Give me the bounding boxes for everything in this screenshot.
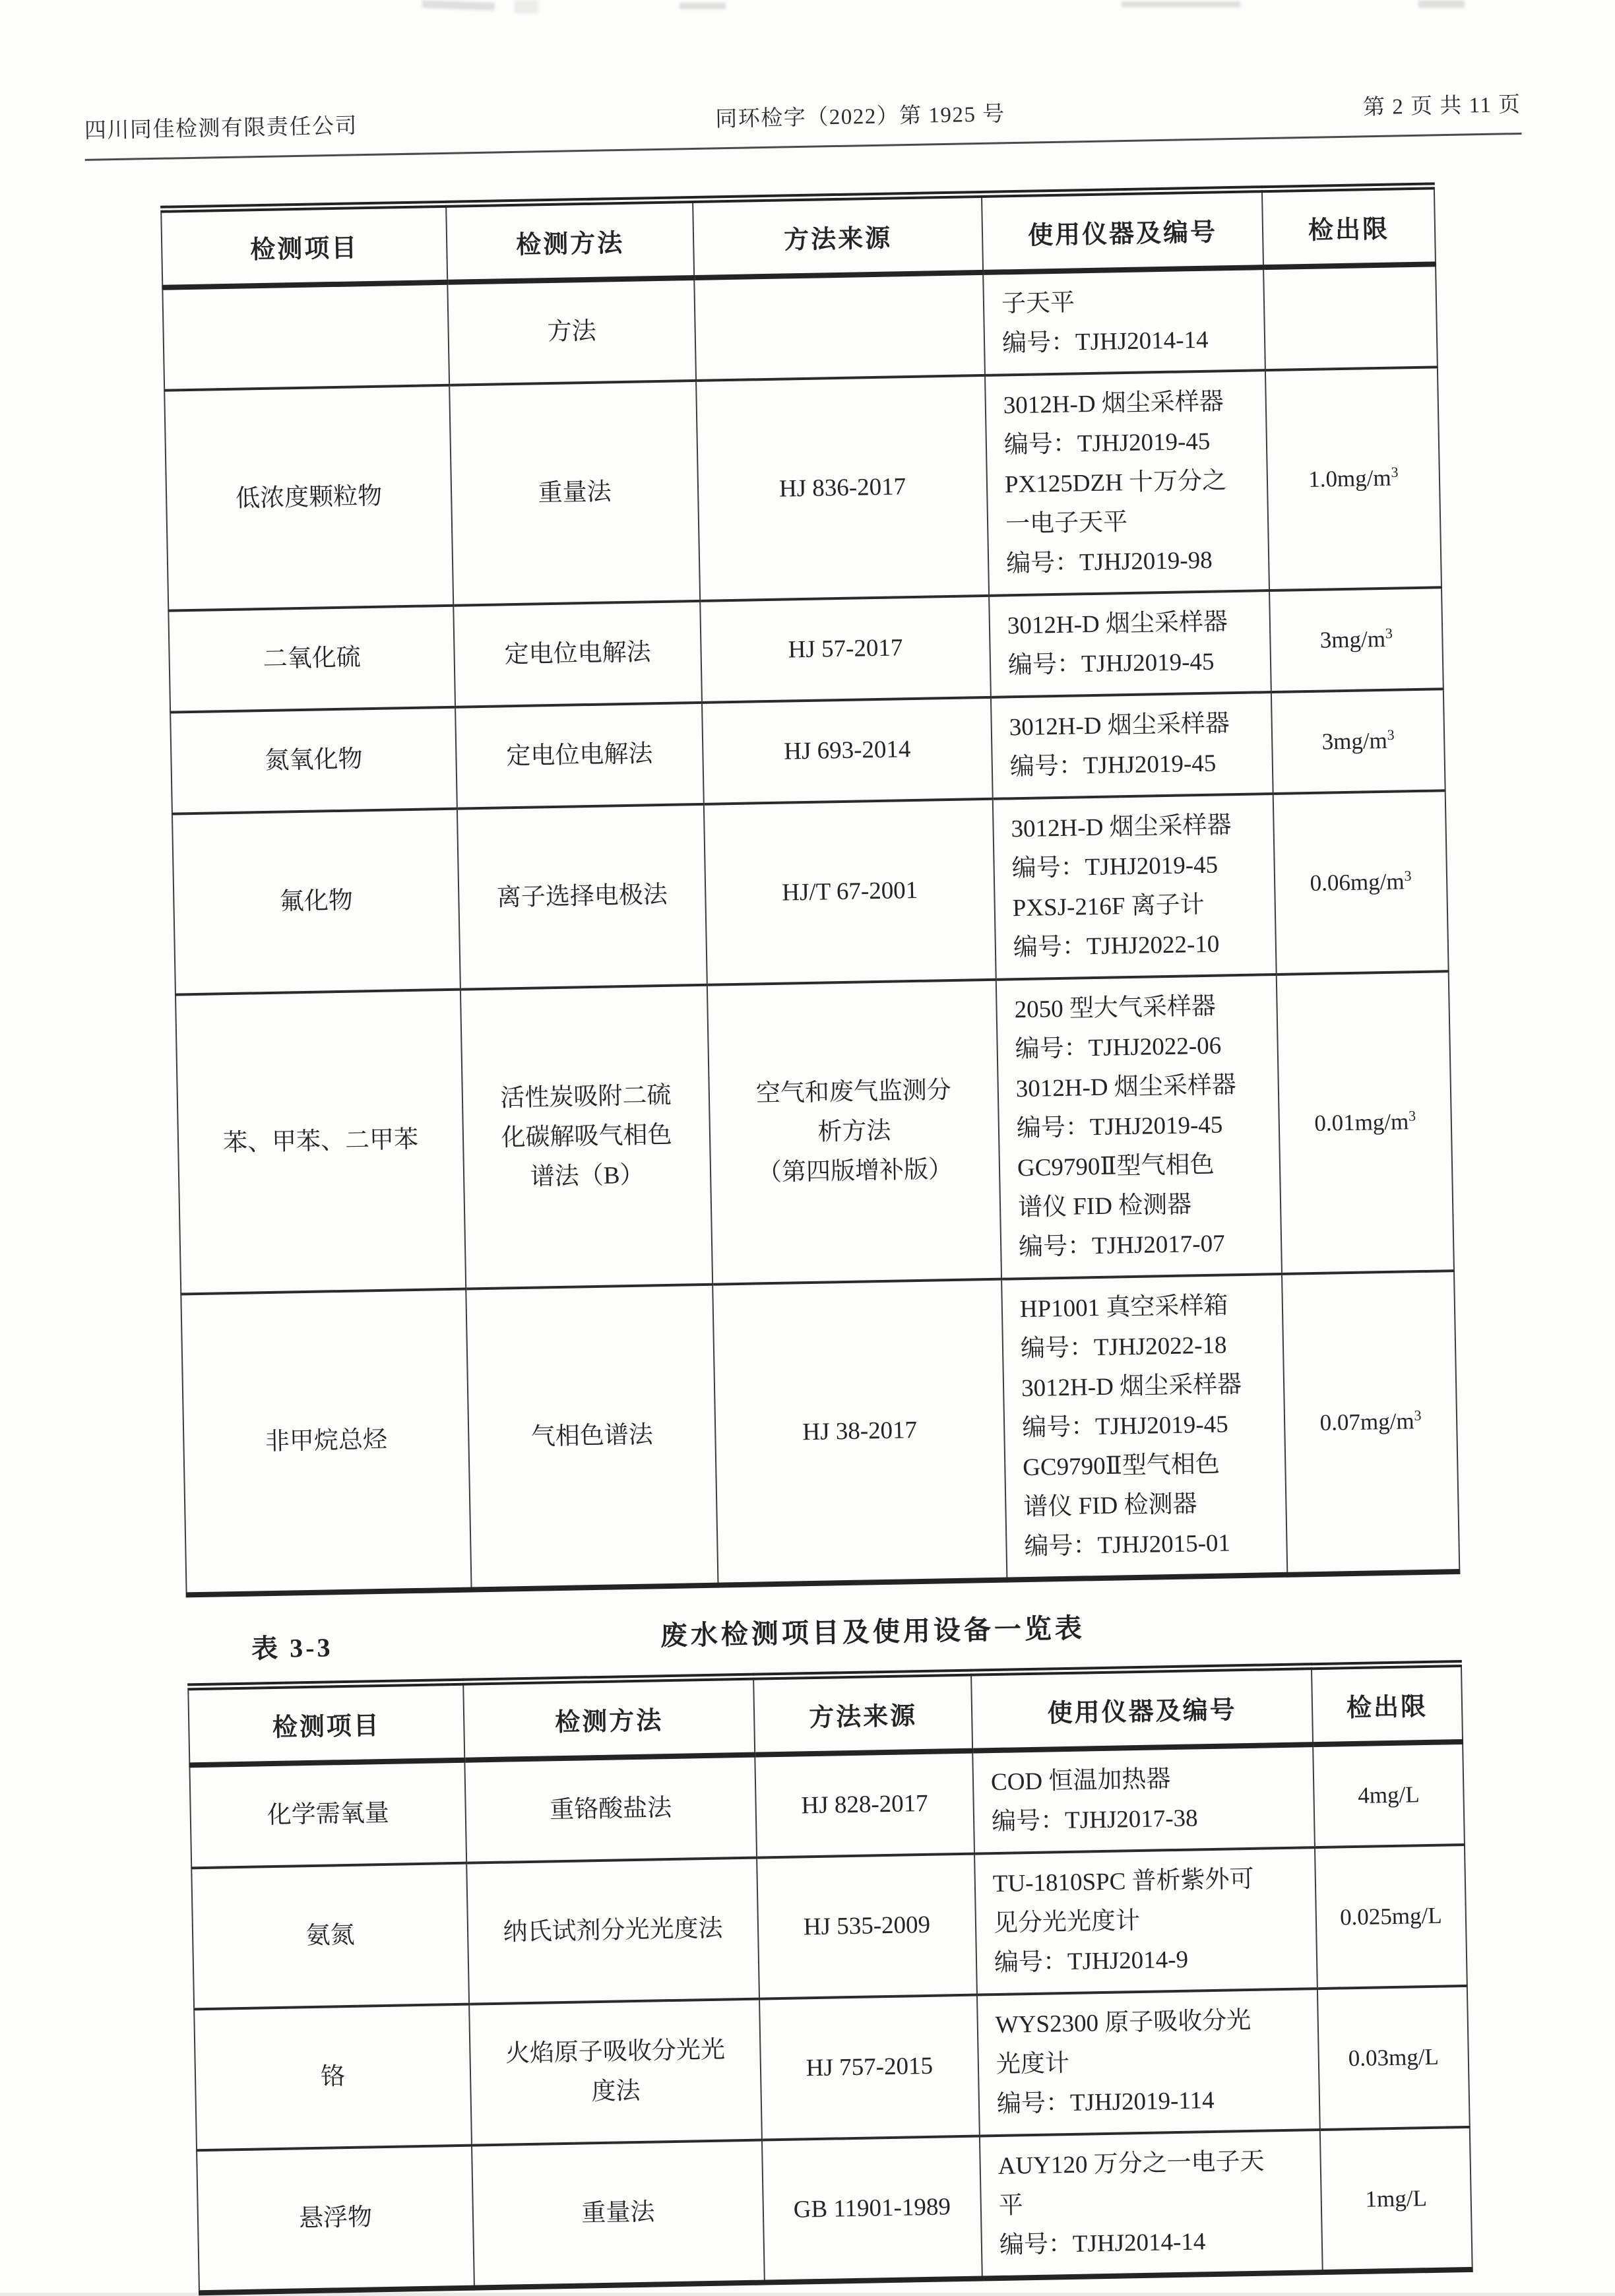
instrument-line: 一电子天平 [1005, 500, 1261, 544]
test-item-cell: 低浓度颗粒物 [164, 385, 453, 611]
method-source-cell: HJ 57-2017 [700, 596, 991, 703]
scanned-report-page: 四川同佳检测有限责任公司 同环检字（2022）第 1925 号 第 2 页 共 … [0, 0, 1615, 2296]
test-method-line: 活性炭吸附二硫 [468, 1075, 703, 1120]
test-method-cell: 活性炭吸附二硫化碳解吸气相色谱法（B） [460, 985, 712, 1289]
col-header-test-method: 检测方法 [463, 1676, 755, 1760]
method-source-cell: HJ 828-2017 [755, 1751, 974, 1858]
test-method-cell: 重量法 [449, 381, 700, 606]
method-source-cell: HJ 535-2009 [757, 1854, 977, 1999]
test-item-line: 化学需氧量 [196, 1793, 460, 1837]
test-item-line: 悬浮物 [203, 2196, 467, 2241]
instrument-line: 编号：TJHJ2019-98 [1006, 540, 1262, 584]
method-source-cell: HJ 693-2014 [702, 697, 993, 804]
test-item-cell: 氮氧化物 [170, 707, 457, 814]
unit-superscript: 3 [1414, 1407, 1421, 1423]
unit-superscript: 3 [1409, 1107, 1416, 1124]
unit-superscript: 3 [1391, 464, 1398, 480]
test-item-line: 氟化物 [179, 879, 453, 924]
col-header-test-method: 检测方法 [446, 199, 694, 282]
table-caption-label: 表 3-3 [251, 1626, 333, 1665]
method-source-line: HJ 836-2017 [704, 466, 982, 511]
method-source-line: HJ 57-2017 [707, 627, 984, 672]
detection-limit-cell: 3mg/m3 [1269, 587, 1443, 692]
table-row: 非甲烷总烃气相色谱法HJ 38-2017HP1001 真空采样箱编号：TJHJ2… [181, 1271, 1459, 1595]
instrument-line: WYS2300 原子吸收分光 [995, 2000, 1311, 2045]
detection-limit-cell: 0.03mg/L [1317, 1986, 1470, 2130]
instrument-cell: HP1001 真空采样箱编号：TJHJ2022-183012H-D 烟尘采样器编… [1001, 1274, 1287, 1580]
instrument-line: 编号：TJHJ2014-14 [1002, 319, 1258, 364]
method-source-line: HJ 693-2014 [709, 728, 986, 773]
test-method-cell: 重量法 [472, 2140, 765, 2288]
gas-test-items-table: 检测项目 检测方法 方法来源 使用仪器及编号 检出限 方法子天平编号：TJHJ2… [160, 182, 1460, 1597]
instrument-line: 3012H-D 烟尘采样器 [1011, 805, 1267, 849]
instrument-line: TU-1810SPC 普析紫外可 [992, 1859, 1308, 1904]
test-item-line: 二氧化硫 [175, 637, 449, 682]
test-method-line: 气相色谱法 [474, 1415, 710, 1459]
wastewater-test-items-table: 检测项目 检测方法 方法来源 使用仪器及编号 检出限 化学需氧量重铬酸盐法HJ … [187, 1660, 1473, 2295]
detection-limit-cell: 4mg/L [1313, 1742, 1465, 1847]
test-method-cell: 气相色谱法 [466, 1285, 718, 1590]
table-row: 苯、甲苯、二甲苯活性炭吸附二硫化碳解吸气相色谱法（B）空气和废气监测分析方法（第… [175, 971, 1454, 1294]
instrument-line: 编号：TJHJ2022-18 [1020, 1325, 1276, 1369]
instrument-line: 编号：TJHJ2014-9 [994, 1938, 1310, 1983]
test-item-cell: 非甲烷总烃 [181, 1289, 471, 1595]
col-header-instrument: 使用仪器及编号 [971, 1667, 1313, 1751]
instrument-line: 编号：TJHJ2019-45 [1008, 641, 1264, 686]
col-header-test-item: 检测项目 [161, 204, 447, 287]
instrument-line: GC9790Ⅱ型气相色 [1023, 1444, 1279, 1488]
page-header: 四川同佳检测有限责任公司 同环检字（2022）第 1925 号 第 2 页 共 … [84, 87, 1521, 161]
table-caption-title: 废水检测项目及使用设备一览表 [186, 1601, 1460, 1665]
col-header-method-source: 方法来源 [693, 194, 983, 278]
test-method-line: 火焰原子吸收分光光 [476, 2030, 755, 2075]
test-item-cell: 氟化物 [172, 809, 460, 995]
test-item-line: 铬 [201, 2055, 465, 2099]
method-source-line: HJ 535-2009 [764, 1905, 970, 1948]
company-name: 四川同佳检测有限责任公司 [84, 108, 358, 144]
col-header-test-item: 检测项目 [188, 1682, 464, 1765]
detection-limit-cell: 0.06mg/m3 [1273, 790, 1449, 974]
test-item-line: 低浓度颗粒物 [172, 476, 446, 521]
test-method-cell: 纳氏试剂分光光度法 [466, 1858, 759, 2004]
unit-superscript: 3 [1387, 726, 1394, 743]
instrument-cell: WYS2300 原子吸收分光光度计编号：TJHJ2019-114 [977, 1989, 1320, 2136]
method-source-cell: GB 11901-1989 [762, 2136, 982, 2283]
detection-limit-cell: 0.025mg/L [1315, 1845, 1467, 1989]
detection-limit-cell: 0.01mg/m3 [1277, 971, 1454, 1274]
method-source-cell: HJ 757-2015 [759, 1995, 980, 2140]
test-method-line: 离子选择电极法 [464, 875, 700, 919]
page-content: 四川同佳检测有限责任公司 同环检字（2022）第 1925 号 第 2 页 共 … [0, 0, 1615, 2296]
test-item-line: 氮氧化物 [177, 738, 451, 783]
table-row: 悬浮物重量法GB 11901-1989AUY120 万分之一电子天平编号：TJH… [197, 2127, 1472, 2293]
instrument-line: 编号：TJHJ2017-07 [1019, 1223, 1275, 1267]
test-method-line: 重量法 [478, 2191, 757, 2236]
page-indicator: 第 2 页 共 11 页 [1363, 87, 1521, 121]
method-source-cell: HJ/T 67-2001 [704, 799, 996, 985]
test-method-cell: 定电位电解法 [453, 601, 702, 707]
detection-limit-cell [1263, 264, 1438, 370]
test-method-cell: 火焰原子吸收分光光度法 [469, 1999, 762, 2146]
table-row: 铬火焰原子吸收分光光度法HJ 757-2015WYS2300 原子吸收分光光度计… [194, 1986, 1470, 2150]
instrument-line: 平 [998, 2181, 1314, 2226]
test-item-cell: 悬浮物 [197, 2146, 474, 2293]
instrument-line: 3012H-D 烟尘采样器 [1007, 602, 1263, 646]
detection-limit-cell: 1mg/L [1320, 2127, 1472, 2272]
method-source-line: HJ 757-2015 [766, 2046, 972, 2089]
detection-limit-cell: 0.07mg/m3 [1282, 1271, 1459, 1575]
instrument-line: 编号：TJHJ2017-38 [992, 1797, 1308, 1842]
test-method-cell: 方法 [447, 278, 696, 385]
test-method-line: 定电位电解法 [462, 734, 697, 778]
instrument-cell: 3012H-D 烟尘采样器编号：TJHJ2019-45 [991, 692, 1273, 799]
instrument-line: 谱仪 FID 检测器 [1023, 1483, 1279, 1527]
test-method-line: 谱法（B） [470, 1155, 705, 1199]
test-method-line: 方法 [454, 310, 689, 354]
method-source-line: 析方法 [715, 1110, 993, 1155]
method-source-cell: 空气和废气监测分析方法（第四版增补版） [707, 980, 1001, 1285]
instrument-cell: 3012H-D 烟尘采样器编号：TJHJ2019-45PXSJ-216F 离子计… [993, 794, 1277, 980]
test-method-line: 度法 [476, 2070, 755, 2115]
instrument-line: PX125DZH 十万分之 [1004, 461, 1260, 505]
col-header-detection-limit: 检出限 [1312, 1664, 1463, 1745]
instrument-line: 谱仪 FID 检测器 [1018, 1184, 1274, 1228]
test-item-cell [162, 282, 449, 391]
unit-superscript: 3 [1404, 868, 1411, 884]
test-item-cell: 二氧化硫 [168, 606, 455, 713]
instrument-cell: TU-1810SPC 普析紫外可见分光光度计编号：TJHJ2014-9 [974, 1847, 1317, 1994]
instrument-line: 编号：TJHJ2019-45 [1003, 421, 1259, 465]
test-method-line: 重量法 [457, 471, 693, 515]
test-item-line: 苯、甲苯、二甲苯 [184, 1120, 458, 1164]
test-item-cell: 氨氮 [191, 1863, 469, 2010]
test-method-cell: 重铬酸盐法 [464, 1755, 757, 1863]
table-row: 低浓度颗粒物重量法HJ 836-20173012H-D 烟尘采样器编号：TJHJ… [164, 367, 1441, 610]
unit-superscript: 3 [1385, 625, 1393, 641]
instrument-line: 编号：TJHJ2019-114 [996, 2079, 1312, 2124]
instrument-cell: COD 恒温加热器编号：TJHJ2017-38 [972, 1744, 1315, 1853]
col-header-method-source: 方法来源 [753, 1673, 972, 1755]
instrument-line: 3012H-D 烟尘采样器 [1015, 1065, 1271, 1109]
instrument-line: PXSJ-216F 离子计 [1012, 884, 1268, 928]
test-item-line: 非甲烷总烃 [189, 1419, 463, 1464]
col-header-detection-limit: 检出限 [1262, 186, 1436, 267]
table-caption: 表 3-3 废水检测项目及使用设备一览表 [186, 1601, 1460, 1665]
test-method-cell: 离子选择电极法 [457, 804, 707, 990]
detection-limit-cell: 1.0mg/m3 [1265, 367, 1441, 590]
instrument-line: 编号：TJHJ2022-06 [1015, 1025, 1271, 1069]
table-row: 氟化物离子选择电极法HJ/T 67-20013012H-D 烟尘采样器编号：TJ… [172, 790, 1449, 994]
instrument-line: GC9790Ⅱ型气相色 [1017, 1144, 1273, 1188]
instrument-line: 编号：TJHJ2022-10 [1013, 924, 1269, 968]
test-method-cell: 定电位电解法 [455, 703, 704, 809]
instrument-line: 3012H-D 烟尘采样器 [1009, 703, 1265, 748]
instrument-cell: 子天平编号：TJHJ2014-14 [983, 267, 1265, 375]
method-source-cell: HJ 836-2017 [696, 375, 989, 601]
test-item-cell: 苯、甲苯、二甲苯 [175, 990, 466, 1294]
instrument-line: 编号：TJHJ2019-45 [1016, 1104, 1272, 1149]
method-source-line: GB 11901-1989 [769, 2187, 975, 2231]
col-header-instrument: 使用仪器及编号 [982, 189, 1263, 272]
instrument-line: AUY120 万分之一电子天 [997, 2141, 1314, 2186]
instrument-line: 编号：TJHJ2019-45 [1022, 1404, 1278, 1448]
test-method-line: 重铬酸盐法 [471, 1787, 750, 1832]
test-method-line: 纳氏试剂分光光度法 [474, 1909, 753, 1954]
instrument-line: 编号：TJHJ2019-45 [1011, 845, 1267, 889]
method-source-line: HJ 38-2017 [721, 1409, 999, 1454]
test-method-line: 定电位电解法 [460, 632, 695, 676]
method-source-cell [694, 272, 985, 381]
test-item-cell: 化学需氧量 [189, 1760, 466, 1868]
method-source-line: HJ/T 67-2001 [711, 870, 989, 914]
instrument-line: 3012H-D 烟尘采样器 [1021, 1364, 1277, 1409]
instrument-line: 2050 型大气采样器 [1014, 986, 1270, 1030]
instrument-line: 3012H-D 烟尘采样器 [1003, 381, 1259, 426]
test-item-line [170, 335, 443, 340]
test-method-line: 化碳解吸气相色 [469, 1115, 705, 1159]
method-source-line: 空气和废气监测分 [714, 1070, 992, 1115]
instrument-line: 子天平 [1001, 280, 1257, 324]
instrument-line: 见分光光度计 [993, 1898, 1309, 1944]
instrument-cell: 3012H-D 烟尘采样器编号：TJHJ2019-45PX125DZH 十万分之… [985, 370, 1269, 596]
instrument-line: 编号：TJHJ2019-45 [1009, 743, 1265, 787]
test-item-cell: 铬 [194, 2004, 472, 2151]
instrument-cell: 2050 型大气采样器编号：TJHJ2022-063012H-D 烟尘采样器编号… [996, 974, 1282, 1279]
instrument-cell: 3012H-D 烟尘采样器编号：TJHJ2019-45 [989, 590, 1271, 697]
method-source-line: HJ 828-2017 [761, 1783, 968, 1827]
method-source-cell: HJ 38-2017 [712, 1279, 1007, 1585]
instrument-line: 编号：TJHJ2015-01 [1024, 1523, 1280, 1567]
instrument-line: COD 恒温加热器 [991, 1757, 1307, 1802]
table-row: 氨氮纳氏试剂分光光度法HJ 535-2009TU-1810SPC 普析紫外可见分… [191, 1845, 1467, 2009]
method-source-line: （第四版增补版） [716, 1149, 994, 1194]
instrument-line: 光度计 [996, 2039, 1312, 2085]
test-item-line: 氨氮 [199, 1914, 462, 1958]
instrument-line: 编号：TJHJ2014-14 [999, 2220, 1315, 2266]
instrument-cell: AUY120 万分之一电子天平编号：TJHJ2014-14 [980, 2130, 1323, 2278]
instrument-line: HP1001 真空采样箱 [1019, 1285, 1275, 1329]
document-number: 同环检字（2022）第 1925 号 [715, 96, 1005, 133]
detection-limit-cell: 3mg/m3 [1271, 689, 1445, 794]
